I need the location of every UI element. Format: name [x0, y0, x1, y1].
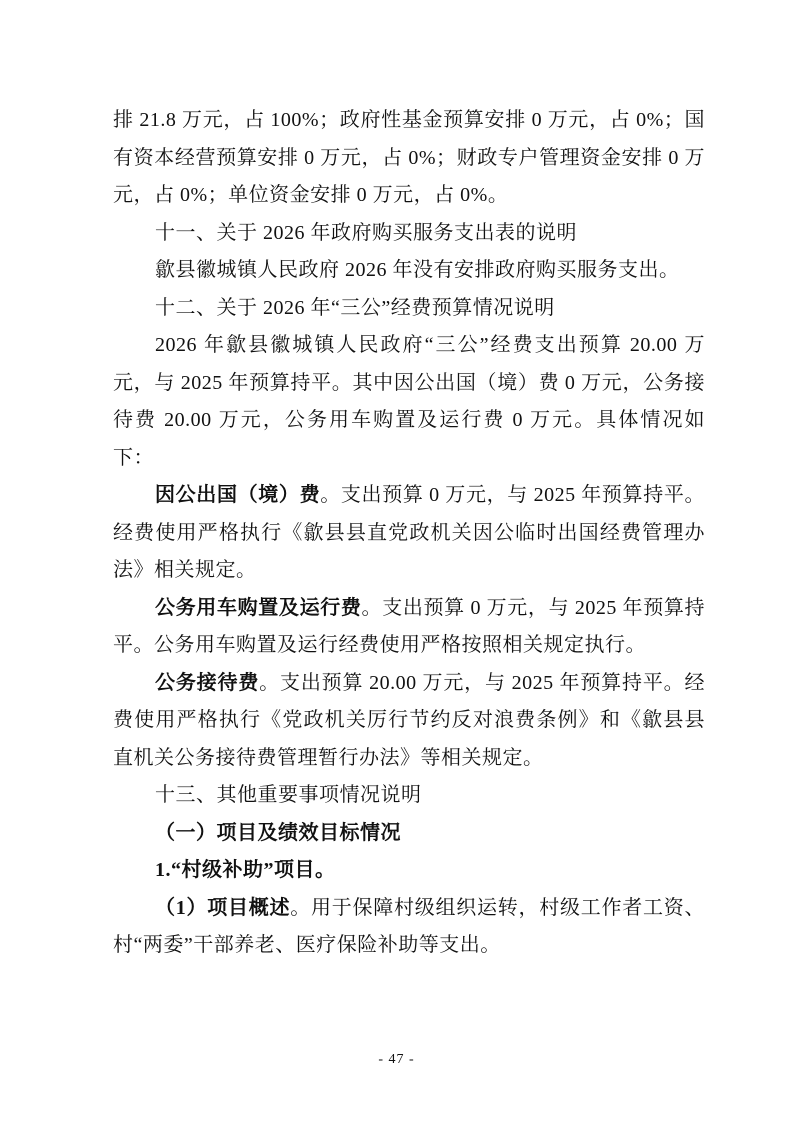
paragraph: 1.“村级补助”项目。 — [113, 852, 705, 890]
paragraph: 歙县徽城镇人民政府 2026 年没有安排政府购买服务支出。 — [113, 252, 705, 290]
paragraph-run-bold: （1）项目概述 — [155, 897, 290, 919]
paragraph-run-bold: 公务接待费 — [155, 672, 259, 694]
paragraph-run: 十二、关于 2026 年“三公”经费预算情况说明 — [155, 297, 555, 319]
paragraph: 因公出国（境）费。支出预算 0 万元，与 2025 年预算持平。经费使用严格执行… — [113, 477, 705, 590]
paragraph-run: 2026 年歙县徽城镇人民政府“三公”经费支出预算 20.00 万元，与 202… — [113, 334, 705, 469]
page-number: - 47 - — [0, 1050, 793, 1070]
paragraph-run: 排 21.8 万元，占 100%；政府性基金预算安排 0 万元，占 0%；国有资… — [113, 109, 705, 206]
paragraph-run-bold: 公务用车购置及运行费 — [155, 597, 362, 619]
paragraph: 十三、其他重要事项情况说明 — [113, 777, 705, 815]
paragraph: （一）项目及绩效目标情况 — [113, 815, 705, 853]
paragraph: 十一、关于 2026 年政府购买服务支出表的说明 — [113, 215, 705, 253]
paragraph-run-bold: 因公出国（境）费 — [155, 484, 320, 506]
paragraph: （1）项目概述。用于保障村级组织运转，村级工作者工资、村“两委”干部养老、医疗保… — [113, 890, 705, 965]
paragraph-run: 歙县徽城镇人民政府 2026 年没有安排政府购买服务支出。 — [155, 259, 680, 281]
paragraph: 十二、关于 2026 年“三公”经费预算情况说明 — [113, 290, 705, 328]
document-body: 排 21.8 万元，占 100%；政府性基金预算安排 0 万元，占 0%；国有资… — [113, 102, 705, 965]
paragraph: 公务接待费。支出预算 20.00 万元，与 2025 年预算持平。经费使用严格执… — [113, 665, 705, 778]
paragraph-run-bold: （一）项目及绩效目标情况 — [155, 822, 401, 844]
paragraph-run-bold: 1.“村级补助”项目。 — [155, 859, 336, 881]
paragraph: 排 21.8 万元，占 100%；政府性基金预算安排 0 万元，占 0%；国有资… — [113, 102, 705, 215]
paragraph: 2026 年歙县徽城镇人民政府“三公”经费支出预算 20.00 万元，与 202… — [113, 327, 705, 477]
document-page: 排 21.8 万元，占 100%；政府性基金预算安排 0 万元，占 0%；国有资… — [0, 0, 793, 1122]
paragraph-run: 十三、其他重要事项情况说明 — [155, 784, 422, 806]
paragraph-run: 十一、关于 2026 年政府购买服务支出表的说明 — [155, 222, 577, 244]
paragraph: 公务用车购置及运行费。支出预算 0 万元，与 2025 年预算持平。公务用车购置… — [113, 590, 705, 665]
